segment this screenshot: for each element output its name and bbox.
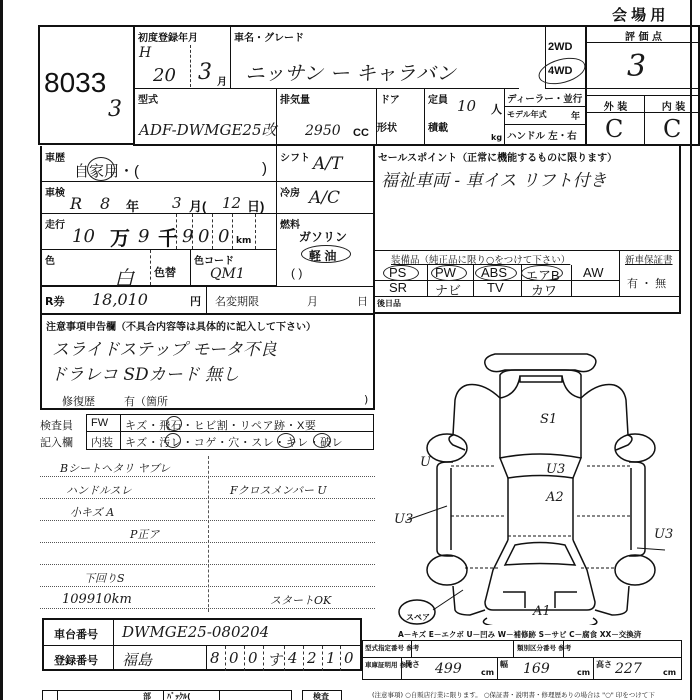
drive-selected-circle bbox=[536, 53, 589, 89]
fuel-cell: 燃料 ガソリン 軽 油 ( ) bbox=[277, 214, 375, 286]
capacity-value: 10 bbox=[457, 97, 476, 115]
history-cell: 車歴 自家用・( ) bbox=[42, 146, 277, 182]
ext-int-grade-cell: 外 装 内 装 C C bbox=[585, 89, 700, 144]
vehicle-status-grid: 車歴 自家用・( ) シフト A/T 車検 R 8 年 3 月( 12 日) 冷… bbox=[40, 146, 375, 314]
inspector-note-left-1: Bシートヘタリ ヤブレ bbox=[60, 460, 170, 476]
color-label: 色 bbox=[45, 252, 55, 267]
first-registration-era: H bbox=[139, 45, 151, 61]
lot-number: 8033 bbox=[44, 67, 106, 99]
history-selected-circle bbox=[87, 157, 115, 181]
load-label: 積載 bbox=[428, 119, 448, 134]
color-code-label: 色コード bbox=[194, 252, 234, 267]
damage-mark-u3-center: U3 bbox=[546, 462, 565, 477]
fuel-selected-circle bbox=[301, 245, 351, 263]
venue-use-label: 会 場 用 bbox=[612, 4, 665, 25]
interior-scuff-circle bbox=[277, 433, 295, 448]
registration-region: 福島 bbox=[122, 649, 152, 670]
inspection-era: R bbox=[70, 194, 82, 213]
door-shape-cell: ドア 形状 bbox=[377, 89, 425, 144]
damage-mark-u-left: U bbox=[420, 455, 431, 470]
interior-stain-circle bbox=[165, 433, 181, 448]
first-registration-label: 初度登録年月 bbox=[138, 29, 198, 44]
interior-cut-circle bbox=[313, 433, 331, 448]
registration-label: 登録番号 bbox=[54, 652, 98, 668]
capacity-load-cell: 定員 10 人 積載 kg bbox=[425, 89, 505, 144]
length-label: 長さ bbox=[404, 659, 420, 670]
damage-mark-s1: S1 bbox=[540, 412, 557, 427]
inspector-entry: 検査員 記入欄 FW キズ・飛石・ヒビ割・リペア跡・X要 内装 キズ・汚レ・コゲ… bbox=[40, 414, 375, 452]
chassis-value: DWMGE25-080204 bbox=[122, 623, 269, 641]
fw-label: FW bbox=[91, 417, 108, 429]
interior-defect-items: キズ・汚レ・コゲ・穴・スレ・キレ・破レ bbox=[125, 434, 343, 450]
inspector-note-left-6: 下回りS bbox=[84, 570, 125, 586]
inspection-label: 車検 bbox=[45, 184, 65, 199]
height-value: 227 bbox=[615, 661, 642, 677]
sales-point-label: セールスポイント（正常に機能するものに限ります） bbox=[378, 149, 617, 164]
mileage-digit-3: 0 bbox=[218, 226, 229, 247]
displacement-label: 排気量 bbox=[280, 91, 310, 106]
equipment-abs-circle bbox=[475, 265, 517, 281]
displacement-cell: 排気量 2950 CC bbox=[277, 89, 377, 144]
check-box: 検査 bbox=[302, 690, 342, 700]
notes-line-2: ドラレコ SDカード 無し bbox=[50, 360, 239, 385]
drive-cell: 2WD 4WD bbox=[545, 27, 585, 89]
damage-legend: A－キズ E－エクボ U－凹み W－補修跡 S－サビ C－腐食 XX－交換済 bbox=[398, 629, 641, 640]
score-cell: 評 価 点 3 bbox=[585, 27, 700, 89]
first-registration-cell: 初度登録年月 H 20 3 月 bbox=[135, 27, 231, 89]
mileage-cell: 走行 10 万 9 千 9 0 0 km bbox=[42, 214, 277, 250]
inspector-note-right-7: スタートOK bbox=[270, 592, 331, 608]
capacity-label: 定員 bbox=[428, 91, 448, 106]
sales-point-value: 福祉車両 - 車イス リフト付き bbox=[381, 166, 607, 191]
lot-number-box: 8033 3 bbox=[38, 25, 134, 145]
inspection-cell: 車検 R 8 年 3 月( 12 日) bbox=[42, 182, 277, 214]
dealer-label: ディーラー・並行 bbox=[505, 89, 585, 107]
footnote: (注意事項) ○自販店行業に限ります。 ○保証書・説明書・修理歴ありの場合は "… bbox=[372, 690, 655, 699]
history-label: 車歴 bbox=[45, 149, 65, 164]
warranty-value: 有 ・ 無 bbox=[627, 275, 666, 291]
inspector-note-left-4: P正ア bbox=[130, 526, 159, 542]
exterior-value: C bbox=[605, 115, 623, 143]
inspection-year: 8 bbox=[100, 194, 110, 213]
spare-label: スペア bbox=[406, 612, 430, 623]
recycle-label: R券 bbox=[45, 293, 64, 309]
dealer-cell: ディーラー・並行 モデル年式 年 ハンドル 左・右 bbox=[505, 89, 585, 144]
exterior-label: 外 装 bbox=[587, 95, 645, 113]
inspector-notes: Bシートヘタリ ヤブレ ハンドルスレ 小キズ A P正ア 下回りS 109910… bbox=[40, 456, 375, 612]
damage-mark-u3-right: U3 bbox=[654, 527, 673, 542]
equipment-airbag-circle bbox=[521, 265, 563, 281]
length-value: 499 bbox=[435, 661, 462, 677]
scan-right-edge bbox=[690, 0, 692, 700]
bottom-partial-row: 部 ﾊﾞｯｸﾙ( bbox=[42, 690, 292, 700]
aircon-label: 冷房 bbox=[280, 184, 300, 199]
vehicle-damage-diagram bbox=[375, 340, 700, 625]
lot-handwritten-mark: 3 bbox=[108, 97, 122, 122]
recycle-cell: R券 18,010 円 bbox=[42, 286, 207, 313]
chassis-label: 車台番号 bbox=[54, 626, 98, 642]
name-change-label: 名変期限 bbox=[215, 293, 259, 309]
drive-2wd: 2WD bbox=[548, 41, 572, 53]
damage-mark-a1: A1 bbox=[533, 604, 551, 619]
damage-mark-a2: A2 bbox=[546, 490, 564, 505]
equipment-label: 装備品（純正品に限り○をつけて下さい） bbox=[391, 252, 570, 266]
equipment-tv: TV bbox=[487, 280, 504, 295]
shift-label: シフト bbox=[280, 149, 310, 164]
inspector-note-left-7: 109910km bbox=[62, 592, 132, 607]
mileage-digit-2: 0 bbox=[198, 226, 209, 247]
first-registration-month: 3 bbox=[198, 60, 212, 85]
body-shape-label: 形状 bbox=[377, 119, 397, 134]
vehicle-name-label: 車名・グレード bbox=[234, 29, 304, 44]
aircon-value: A/C bbox=[309, 188, 340, 208]
damage-mark-u3-left: U3 bbox=[394, 512, 413, 527]
post-items-label: 後日品 bbox=[377, 298, 401, 309]
registration-value: 福島 8 0 0 す 4 2 1 0 bbox=[114, 646, 362, 671]
chassis-registration-block: 車台番号 DWMGE25-080204 登録番号 福島 8 0 0 す 4 2 … bbox=[42, 618, 362, 671]
shift-cell: シフト A/T bbox=[277, 146, 375, 182]
displacement-value: 2950 bbox=[305, 123, 341, 139]
door-label: ドア bbox=[380, 91, 400, 106]
mileage-man: 10 bbox=[72, 226, 95, 247]
scan-left-edge bbox=[0, 0, 3, 700]
name-change-cell: 名変期限 月 日 bbox=[207, 286, 375, 313]
fuel-gasoline: ガソリン bbox=[299, 228, 347, 245]
inspector-note-left-2: ハンドルスレ bbox=[66, 482, 132, 498]
equipment-aw: AW bbox=[583, 265, 603, 280]
inspector-note-right-2: Fクロスメンバー U bbox=[230, 482, 327, 498]
score-label: 評 価 点 bbox=[587, 27, 700, 43]
vehicle-name-value: ニッサン ー キャラバン bbox=[245, 57, 456, 86]
sales-equipment-block: セールスポイント（正常に機能するものに限ります） 福祉車両 - 車イス リフト付… bbox=[375, 146, 681, 314]
notes-line-1: スライドステップ モータ不良 bbox=[52, 335, 277, 360]
inspection-month: 3 bbox=[172, 194, 182, 212]
interior-defect-label: 内装 bbox=[91, 434, 113, 450]
first-registration-year: 20 bbox=[153, 65, 176, 86]
score-value: 3 bbox=[627, 49, 646, 84]
notes-label: 注意事項申告欄（不具合内容等は具体的に記入して下さい） bbox=[46, 318, 316, 333]
model-code-cell: 型式 ADF-DWMGE25改 bbox=[135, 89, 277, 144]
model-code-label: 型式 bbox=[138, 91, 158, 106]
vehicle-info-grid: 初度登録年月 H 20 3 月 車名・グレード ニッサン ー キャラバン 2WD… bbox=[133, 25, 700, 146]
inspector-note-left-3: 小キズ A bbox=[70, 504, 114, 520]
dimensions-table: 型式指定番号 参考 類別区分番号 参考 車庫証明用 参考 長さ 499 cm 幅… bbox=[362, 640, 682, 680]
inspection-day: 12 bbox=[222, 194, 241, 212]
color-cell: 色 白 色替 色コード QM1 bbox=[42, 250, 277, 286]
interior-value: C bbox=[663, 115, 681, 143]
warranty-label: 新車保証書 bbox=[625, 252, 673, 266]
color-code-value: QM1 bbox=[210, 266, 245, 282]
fw-chip-circle bbox=[166, 416, 182, 431]
notes-block: 注意事項申告欄（不具合内容等は具体的に記入して下さい） スライドステップ モータ… bbox=[40, 314, 375, 410]
fuel-label: 燃料 bbox=[280, 216, 300, 231]
aircon-cell: 冷房 A/C bbox=[277, 182, 375, 214]
equipment-ps-circle bbox=[383, 265, 419, 281]
equipment-grid: PS PW ABS エアB AW SR ナビ TV カワ bbox=[375, 265, 619, 296]
repair-history-label: 修復歴 bbox=[62, 393, 95, 409]
inspector-label-2: 記入欄 bbox=[40, 434, 73, 450]
height-label: 高さ bbox=[596, 659, 612, 670]
mileage-label: 走行 bbox=[45, 216, 65, 231]
color-change-label: 色替 bbox=[154, 264, 176, 280]
repair-history-value: 有（箇所 bbox=[124, 393, 168, 409]
equipment-pw-circle bbox=[431, 265, 467, 281]
width-value: 169 bbox=[523, 661, 550, 677]
model-code-value: ADF-DWMGE25改 bbox=[139, 119, 276, 140]
width-label: 幅 bbox=[500, 659, 508, 670]
handle-label: ハンドル 左・右 bbox=[507, 128, 577, 142]
vehicle-name-cell: 車名・グレード ニッサン ー キャラバン bbox=[231, 27, 519, 89]
shift-value: A/T bbox=[313, 154, 342, 174]
recycle-value: 18,010 bbox=[92, 290, 148, 309]
mileage-sen: 9 bbox=[138, 226, 149, 247]
equipment-sr: SR bbox=[389, 280, 407, 295]
inspector-label-1: 検査員 bbox=[40, 417, 73, 433]
